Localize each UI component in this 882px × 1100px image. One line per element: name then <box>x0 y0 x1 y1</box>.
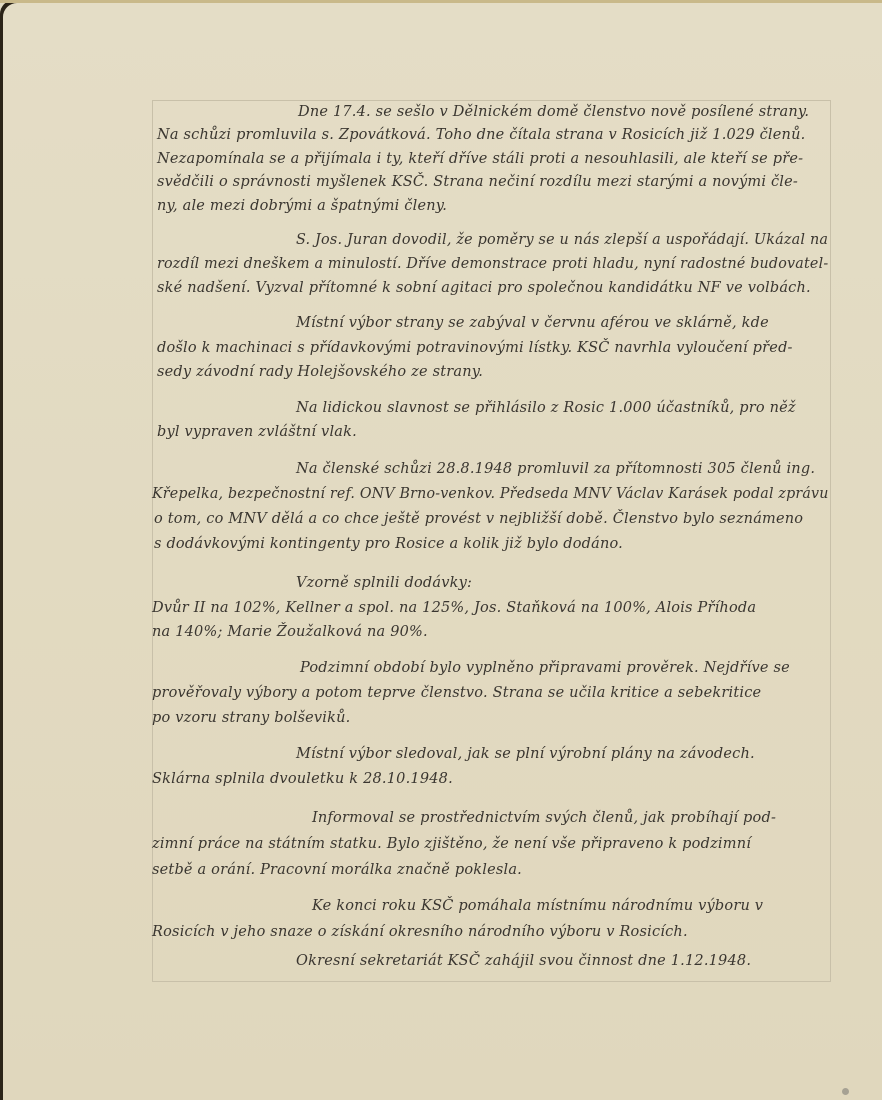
text-line: sedy závodní rady Holejšovského ze stran… <box>157 364 483 380</box>
text-line: byl vypraven zvláštní vlak. <box>157 424 357 440</box>
text-line: Na schůzi promluvila s. Zpovátková. Toho… <box>157 127 805 143</box>
text-line: Vzorně splnili dodávky: <box>296 575 472 591</box>
text-line: setbě a orání. Pracovní morálka značně p… <box>152 862 522 878</box>
text-line: Na lidickou slavnost se přihlásilo z Ros… <box>296 400 796 416</box>
text-line: s dodávkovými kontingenty pro Rosice a k… <box>154 536 623 552</box>
text-line: rozdíl mezi dneškem a minulostí. Dříve d… <box>157 256 828 272</box>
text-line: po vzoru strany bolševiků. <box>152 710 350 726</box>
text-line: Sklárna splnila dvouletku k 28.10.1948. <box>152 771 453 787</box>
text-line: Okresní sekretariát KSČ zahájil svou čin… <box>296 953 751 969</box>
text-line: o tom, co MNV dělá a co chce ještě prové… <box>154 511 803 527</box>
page-edge <box>0 0 882 3</box>
text-line: svědčili o správnosti myšlenek KSČ. Stra… <box>157 174 798 190</box>
text-line: Místní výbor strany se zabýval v červnu … <box>296 315 769 331</box>
text-line: Místní výbor sledoval, jak se plní výrob… <box>296 746 755 762</box>
text-line: na 140%; Marie Žoužalková na 90%. <box>152 624 428 640</box>
text-line: došlo k machinaci s přídavkovými potravi… <box>157 340 793 356</box>
text-line: Nezapomínala se a přijímala i ty, kteří … <box>157 151 803 167</box>
paper-stain <box>842 1088 849 1095</box>
text-line: Ke konci roku KSČ pomáhala místnímu náro… <box>312 898 763 914</box>
text-line: Dne 17.4. se sešlo v Dělnickém domě člen… <box>298 104 809 120</box>
text-line: Dvůr II na 102%, Kellner a spol. na 125%… <box>152 600 756 616</box>
text-line: zimní práce na státním statku. Bylo zjiš… <box>152 836 751 852</box>
text-line: ny, ale mezi dobrými a špatnými členy. <box>157 198 447 214</box>
text-line: Informoval se prostřednictvím svých člen… <box>312 810 776 826</box>
text-line: S. Jos. Juran dovodil, že poměry se u ná… <box>296 232 828 248</box>
text-line: ské nadšení. Vyzval přítomné k sobní agi… <box>157 280 811 296</box>
text-line: prověřovaly výbory a potom teprve členst… <box>152 685 761 701</box>
text-line: Rosicích v jeho snaze o získání okresníh… <box>152 924 688 940</box>
document-page: Dne 17.4. se sešlo v Dělnickém domě člen… <box>0 0 882 1100</box>
text-line: Podzimní období bylo vyplněno připravami… <box>300 660 790 676</box>
text-line: Křepelka, bezpečnostní ref. ONV Brno-ven… <box>152 486 829 502</box>
text-line: Na členské schůzi 28.8.1948 promluvil za… <box>296 461 815 477</box>
